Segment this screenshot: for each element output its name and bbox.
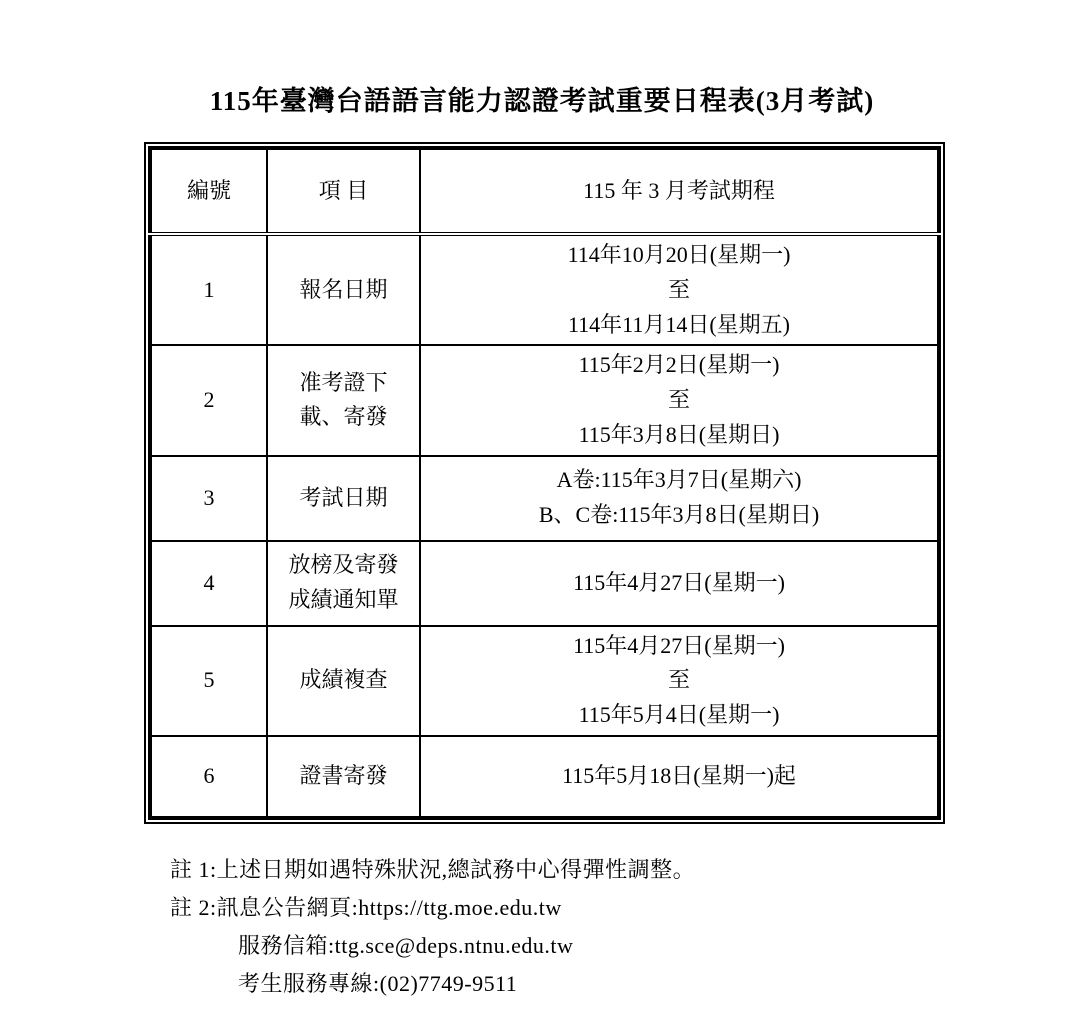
row-number: 3	[150, 456, 267, 541]
header-number: 編號	[150, 148, 267, 234]
schedule-table: 編號 項 目 115 年 3 月考試期程 1 報名日期 114年10月20日(星…	[148, 146, 941, 820]
table-row: 1 報名日期 114年10月20日(星期一) 至 114年11月14日(星期五)	[150, 234, 939, 345]
page-title: 115年臺灣台語語言能力認證考試重要日程表(3月考試)	[144, 79, 940, 118]
row-item: 准考證下 載、寄發	[267, 345, 420, 455]
footnotes: 註 1:上述日期如遇特殊狀況,總試務中心得彈性調整。 註 2:訊息公告網頁:ht…	[170, 851, 695, 1003]
table-row: 4 放榜及寄發 成績通知單 115年4月27日(星期一)	[150, 541, 939, 626]
row-number: 6	[150, 736, 267, 818]
row-item: 報名日期	[267, 234, 420, 345]
table-row: 5 成績複查 115年4月27日(星期一) 至 115年5月4日(星期一)	[150, 626, 939, 736]
row-item: 考試日期	[267, 456, 420, 541]
table-row: 3 考試日期 A卷:115年3月7日(星期六) B、C卷:115年3月8日(星期…	[150, 456, 939, 541]
header-item: 項 目	[267, 148, 420, 234]
header-schedule: 115 年 3 月考試期程	[420, 148, 939, 234]
row-number: 2	[150, 345, 267, 455]
row-number: 1	[150, 234, 267, 345]
row-schedule: 115年4月27日(星期一)	[420, 541, 939, 626]
row-item: 證書寄發	[267, 736, 420, 818]
table-header-row: 編號 項 目 115 年 3 月考試期程	[150, 148, 939, 234]
row-item: 成績複查	[267, 626, 420, 736]
note-1: 註 1:上述日期如遇特殊狀況,總試務中心得彈性調整。	[170, 851, 695, 889]
row-number: 5	[150, 626, 267, 736]
row-schedule: 115年2月2日(星期一) 至 115年3月8日(星期日)	[420, 345, 939, 455]
table-row: 6 證書寄發 115年5月18日(星期一)起	[150, 736, 939, 818]
row-schedule: A卷:115年3月7日(星期六) B、C卷:115年3月8日(星期日)	[420, 456, 939, 541]
row-number: 4	[150, 541, 267, 626]
document-page: 115年臺灣台語語言能力認證考試重要日程表(3月考試) 編號 項 目 115 年…	[0, 0, 1080, 1013]
note-service-hotline: 考生服務專線:(02)7749-9511	[170, 965, 695, 1003]
note-service-email: 服務信箱:ttg.sce@deps.ntnu.edu.tw	[170, 927, 695, 965]
note-2: 註 2:訊息公告網頁:https://ttg.moe.edu.tw	[170, 889, 695, 927]
row-item: 放榜及寄發 成績通知單	[267, 541, 420, 626]
row-schedule: 114年10月20日(星期一) 至 114年11月14日(星期五)	[420, 234, 939, 345]
row-schedule: 115年4月27日(星期一) 至 115年5月4日(星期一)	[420, 626, 939, 736]
table-row: 2 准考證下 載、寄發 115年2月2日(星期一) 至 115年3月8日(星期日…	[150, 345, 939, 455]
schedule-table-frame: 編號 項 目 115 年 3 月考試期程 1 報名日期 114年10月20日(星…	[144, 142, 945, 824]
row-schedule: 115年5月18日(星期一)起	[420, 736, 939, 818]
